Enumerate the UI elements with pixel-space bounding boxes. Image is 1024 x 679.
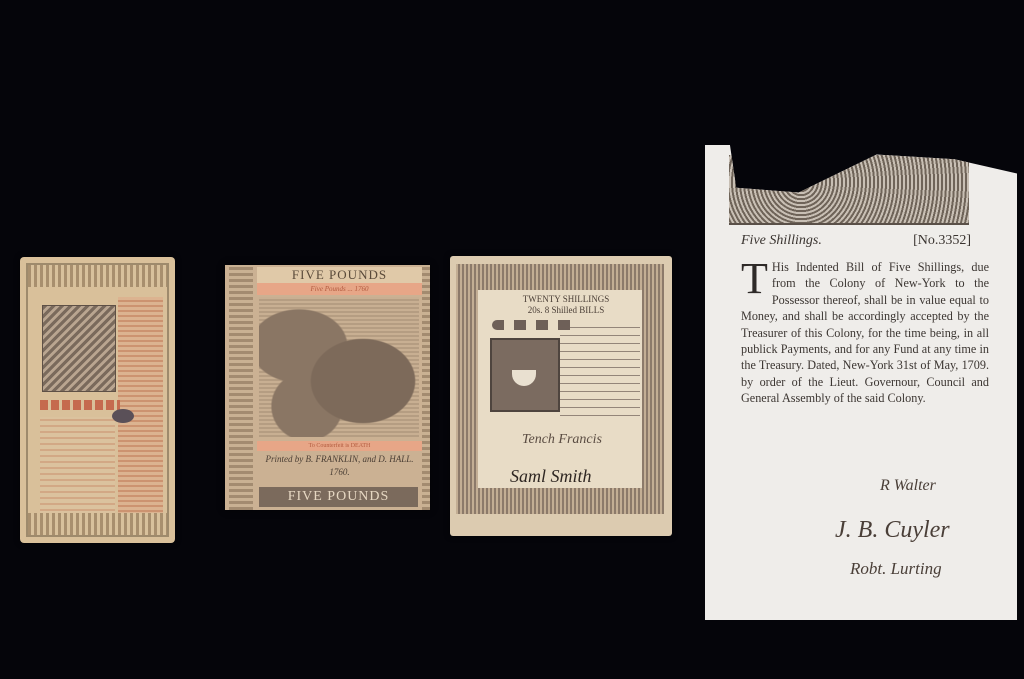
ornamental-header xyxy=(729,155,969,225)
note-top-border xyxy=(28,265,167,287)
note-footer: FIVE POUNDS xyxy=(259,487,418,507)
signature-1: Tench Francis xyxy=(522,432,602,448)
left-border xyxy=(229,265,253,510)
printer-credit: Printed by B. FRANKLIN, and D. HALL. 176… xyxy=(257,453,422,481)
leaf-nature-print xyxy=(259,297,419,437)
note-title: TWENTY SHILLINGS 20s. 8 Shilled BILLS xyxy=(490,294,642,316)
red-dots-row xyxy=(40,400,120,410)
note-heading: Five Shillings. [No.3352] xyxy=(741,233,971,249)
drop-cap: T xyxy=(741,261,768,297)
serial-number: [No.3352] xyxy=(913,233,971,249)
banknote-twenty-shillings: TWENTY SHILLINGS 20s. 8 Shilled BILLS Te… xyxy=(450,256,672,536)
banknote-1 xyxy=(20,257,175,543)
signatures: R Walter J. B. Cuyler Robt. Lurting xyxy=(825,477,995,607)
signature-3: Robt. Lurting xyxy=(850,559,942,579)
lower-print xyxy=(40,417,115,517)
body-text-lines xyxy=(560,326,640,416)
nature-print-seal xyxy=(42,305,116,392)
banknote-five-shillings-new-york: Five Shillings. [No.3352] THis Indented … xyxy=(705,145,1017,620)
right-border xyxy=(422,265,430,510)
note-body: THis Indented Bill of Five Shillings, du… xyxy=(741,259,989,407)
coat-of-arms xyxy=(490,338,560,412)
signature-2: Saml Smith xyxy=(510,466,592,487)
note-header: FIVE POUNDS xyxy=(257,267,422,283)
body-text: His Indented Bill of Five Shillings, due… xyxy=(741,260,989,405)
red-line-top: Five Pounds ... 1760 xyxy=(257,283,422,295)
signature-1: R Walter xyxy=(880,477,936,495)
signature-2: J. B. Cuyler xyxy=(835,517,950,544)
banknote-five-pounds: FIVE POUNDS Five Pounds ... 1760 To Coun… xyxy=(225,265,430,510)
oval-seal xyxy=(112,409,134,423)
denomination: Five Shillings. xyxy=(741,233,822,249)
red-line-bottom: To Counterfeit is DEATH xyxy=(257,441,422,451)
note-bottom-border xyxy=(28,513,167,535)
